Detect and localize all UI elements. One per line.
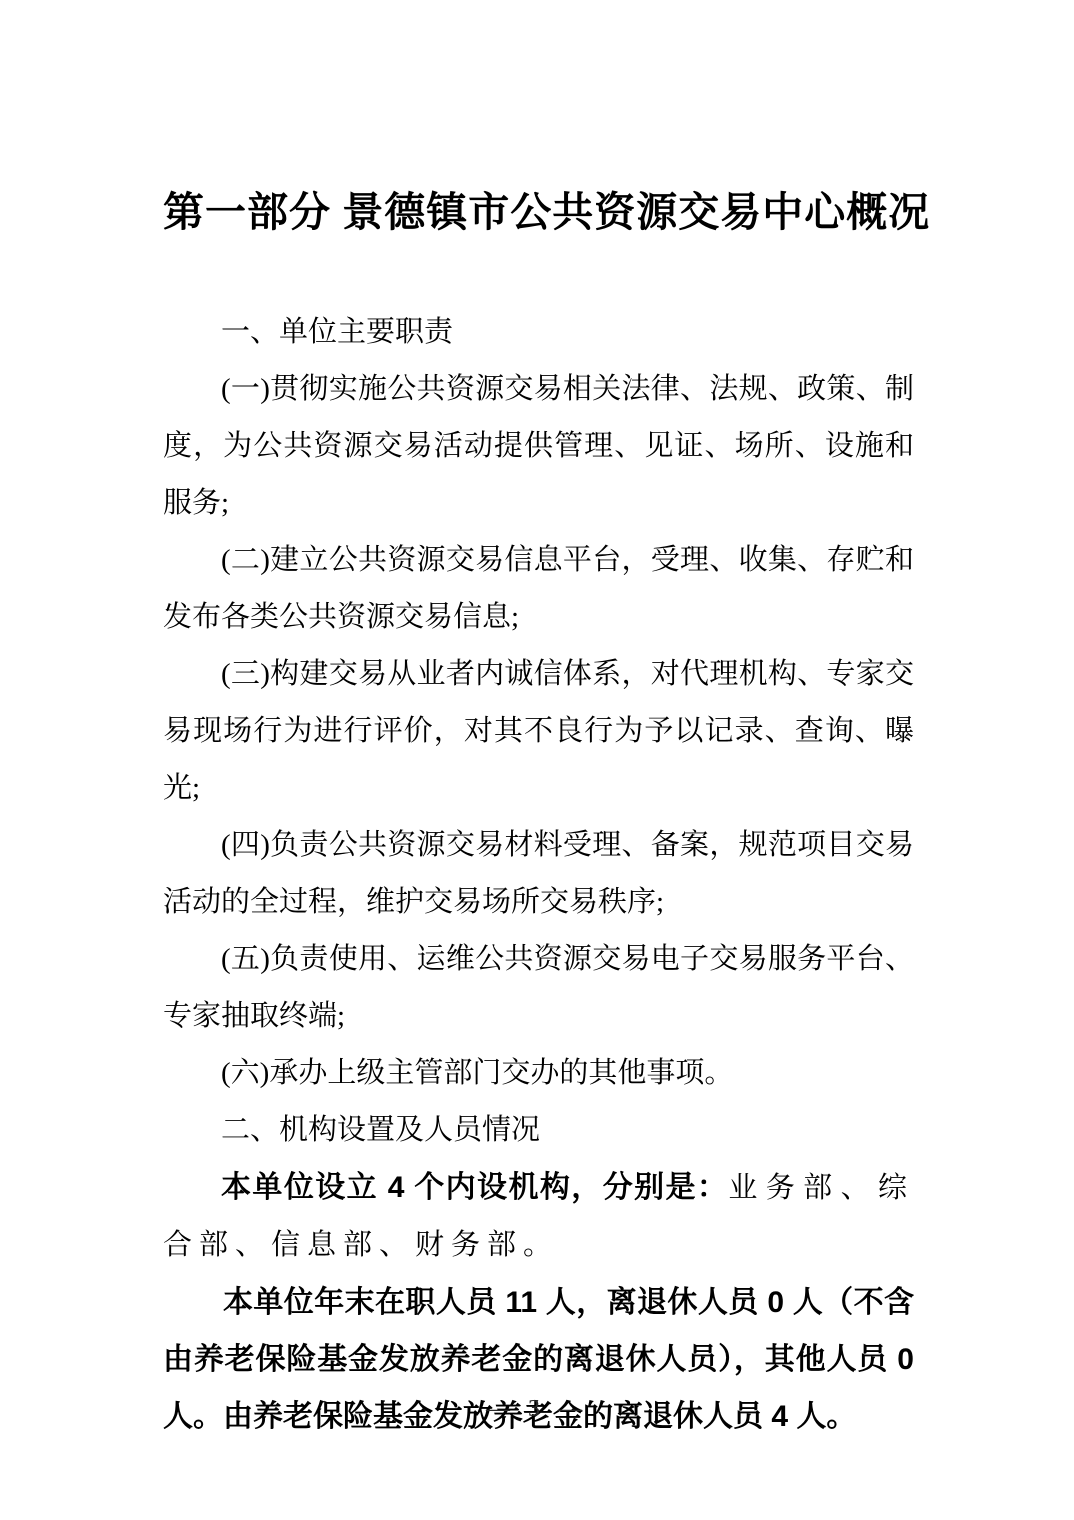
org-setup-paragraph: 本单位设立 4 个内设机构，分别是：业务部、综合部、信息部、财务部。 xyxy=(163,1159,914,1274)
duty-item-4: (四)负责公共资源交易材料受理、备案，规范项目交易活动的全过程，维护交易场所交易… xyxy=(163,817,914,931)
duty-item-2: (二)建立公共资源交易信息平台，受理、收集、存贮和发布各类公共资源交易信息; xyxy=(163,532,914,646)
document-title: 第一部分 景德镇市公共资源交易中心概况 xyxy=(163,0,914,238)
document-page: 第一部分 景德镇市公共资源交易中心概况 一、单位主要职责 (一)贯彻实施公共资源… xyxy=(0,0,1074,1520)
section-duties-heading: 一、单位主要职责 xyxy=(163,304,914,361)
duty-item-1: (一)贯彻实施公共资源交易相关法律、法规、政策、制度，为公共资源交易活动提供管理… xyxy=(163,361,914,532)
duty-item-3: (三)构建交易从业者内诚信体系，对代理机构、专家交易现场行为进行评价，对其不良行… xyxy=(163,646,914,817)
org-setup-intro: 本单位设立 4 个内设机构，分别是： xyxy=(221,1171,728,1204)
page-number: — 3 — xyxy=(0,1396,1074,1423)
section-staffing-heading: 二、机构设置及人员情况 xyxy=(163,1102,914,1159)
duty-item-5: (五)负责使用、运维公共资源交易电子交易服务平台、专家抽取终端; xyxy=(163,931,914,1045)
page-content: 第一部分 景德镇市公共资源交易中心概况 一、单位主要职责 (一)贯彻实施公共资源… xyxy=(163,0,914,1445)
duty-item-6: (六)承办上级主管部门交办的其他事项。 xyxy=(163,1045,914,1102)
document-body: 一、单位主要职责 (一)贯彻实施公共资源交易相关法律、法规、政策、制度，为公共资… xyxy=(163,304,914,1445)
